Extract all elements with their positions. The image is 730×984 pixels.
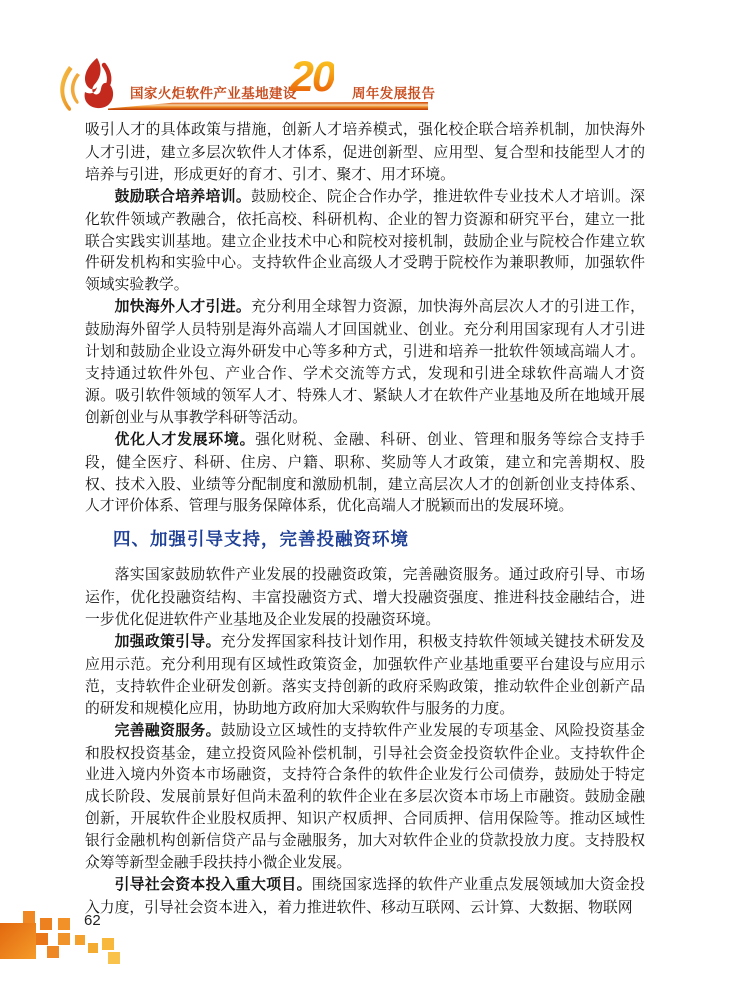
paragraph: 加快海外人才引进。充分利用全球智力资源，加快海外高层次人才的引进工作，鼓励海外留… (85, 296, 645, 428)
paragraph-text: 充分利用全球智力资源，加快海外高层次人才的引进工作，鼓励海外留学人员特别是海外高… (85, 298, 645, 426)
paragraph-lead: 引导社会资本投入重大项目。 (115, 877, 312, 893)
page-number: 62 (84, 912, 101, 929)
paragraph-text: 吸引人才的具体政策与措施，创新人才培养模式，强化校企联合培养机制，加快海外人才引… (85, 121, 645, 183)
paragraph: 完善融资服务。鼓励设立区域性的支持软件产业发展的专项基金、风险投资基金和股权投资… (85, 720, 645, 874)
header-gradient-rule (108, 102, 428, 110)
document-page: 国家火炬软件产业基地建设 20 周年发展报告 吸引人才的具体政策与措施，创新人才… (0, 0, 730, 984)
paragraph: 吸引人才的具体政策与措施，创新人才培养模式，强化校企联合培养机制，加快海外人才引… (85, 119, 645, 186)
paragraph-lead: 优化人才发展环境。 (115, 432, 256, 448)
paragraph: 引导社会资本投入重大项目。围绕国家选择的软件产业重点发展领域加大资金投入力度，引… (85, 874, 645, 919)
section-heading: 四、加强引导支持，完善投融资环境 (85, 526, 645, 551)
report-title-number-20: 20 (290, 56, 334, 99)
report-title-part1: 国家火炬软件产业基地建设 (130, 82, 297, 102)
paragraph: 鼓励联合培养培训。鼓励校企、院企合作办学，推进软件专业技术人才培训。深化软件领域… (85, 186, 645, 297)
paragraph-lead: 完善融资服务。 (115, 723, 221, 739)
page-body: 吸引人才的具体政策与措施，创新人才培养模式，强化校企联合培养机制，加快海外人才引… (85, 119, 645, 919)
paragraph-lead: 加强政策引导。 (115, 634, 221, 650)
paragraph-lead: 鼓励联合培养培训。 (115, 189, 251, 205)
pixel-mosaic-decoration (0, 910, 140, 970)
paragraph: 落实国家鼓励软件产业发展的投融资政策，完善融资服务。通过政府引导、市场运作，优化… (85, 564, 645, 631)
torch-flame-logo-icon (55, 56, 129, 120)
paragraph: 加强政策引导。充分发挥国家科技计划作用，积极支持软件领域关键技术研发及应用示范。… (85, 631, 645, 720)
paragraph-text: 鼓励设立区域性的支持软件产业发展的专项基金、风险投资基金和股权投资基金，建立投资… (85, 722, 645, 871)
report-title-part2: 周年发展报告 (352, 82, 435, 102)
paragraph-text: 落实国家鼓励软件产业发展的投融资政策，完善融资服务。通过政府引导、市场运作，优化… (85, 566, 645, 628)
paragraph: 优化人才发展环境。强化财税、金融、科研、创业、管理和服务等综合支持手段，健全医疗… (85, 429, 645, 518)
paragraph-lead: 加快海外人才引进。 (115, 299, 251, 315)
